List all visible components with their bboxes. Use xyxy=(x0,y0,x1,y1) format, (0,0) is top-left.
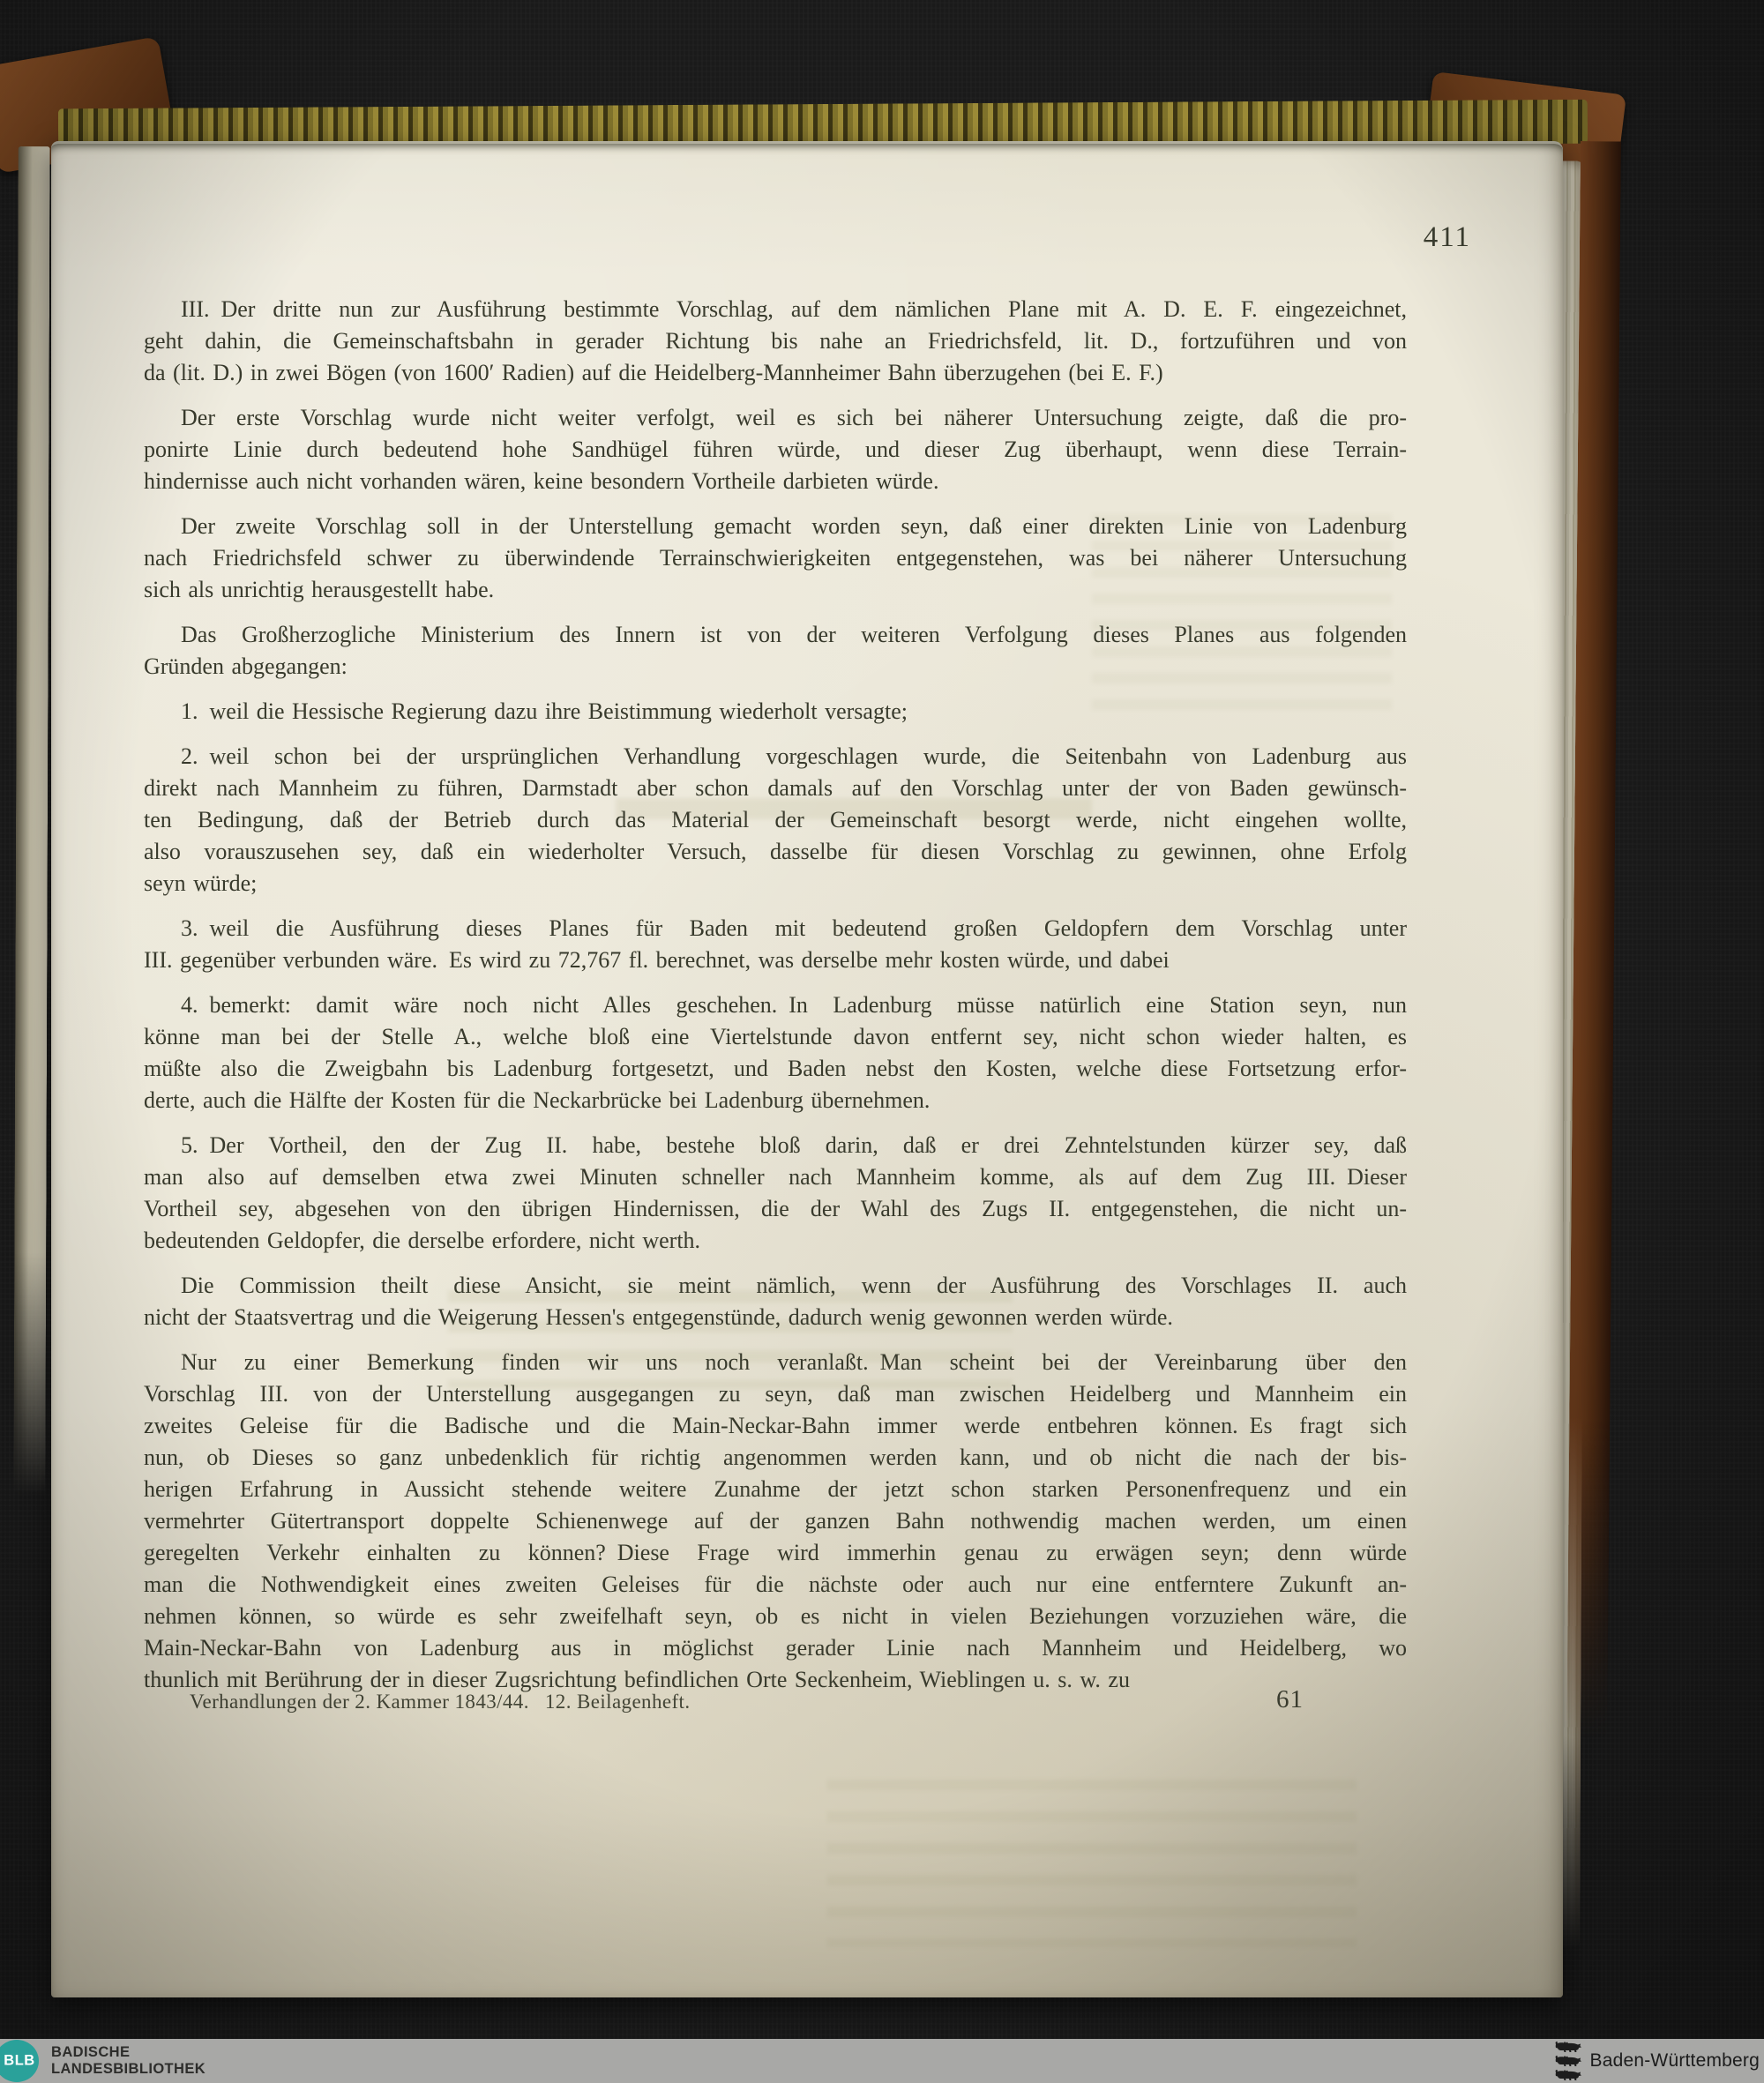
library-name-line1: BADISCHE xyxy=(51,2044,206,2061)
page-number: 411 xyxy=(1330,221,1471,254)
text-line: direkt nach Mannheim zu führen, Darmstad… xyxy=(144,773,1407,804)
paragraph: Die Commission theilt diese Ansicht, sie… xyxy=(144,1270,1407,1333)
volume-footer-line: Verhandlungen der 2. Kammer 1843/44. 12.… xyxy=(190,1691,690,1713)
library-name-line2: LANDESBIBLIOTHEK xyxy=(51,2061,206,2078)
text-line: 1. weil die Hessische Regierung dazu ihr… xyxy=(144,696,1407,728)
paragraph: III. Der dritte nun zur Ausführung besti… xyxy=(144,294,1407,389)
text-line: hindernisse auch nicht vorhanden wären, … xyxy=(144,466,1407,497)
text-line: geht dahin, die Gemeinschaftsbahn in ger… xyxy=(144,325,1407,357)
text-line: III. gegenüber verbunden wäre. Es wird z… xyxy=(144,944,1407,976)
paragraph: 5. Der Vortheil, den der Zug II. habe, b… xyxy=(144,1130,1407,1257)
text-line: geregelten Verkehr einhalten zu können? … xyxy=(144,1537,1407,1569)
text-line: Gründen abgegangen: xyxy=(144,651,1407,683)
paragraph: Nur zu einer Bemerkung finden wir uns no… xyxy=(144,1347,1407,1696)
paragraph: 2. weil schon bei der ursprünglichen Ver… xyxy=(144,741,1407,900)
text-line: müßte also die Zweigbahn bis Ladenburg f… xyxy=(144,1053,1407,1085)
text-line: herigen Erfahrung in Aussicht stehende w… xyxy=(144,1474,1407,1505)
state-branding: Baden-Württemberg xyxy=(1554,2039,1760,2083)
text-line: könne man bei der Stelle A., welche bloß… xyxy=(144,1021,1407,1053)
text-line: Vortheil sey, abgesehen von den übrigen … xyxy=(144,1193,1407,1225)
text-line: 5. Der Vortheil, den der Zug II. habe, b… xyxy=(144,1130,1407,1161)
paragraph: 3. weil die Ausführung dieses Planes für… xyxy=(144,913,1407,976)
paragraph: 4. bemerkt: damit wäre noch nicht Alles … xyxy=(144,989,1407,1116)
blb-logo-acronym: BLB xyxy=(0,2053,39,2070)
text-line: Die Commission theilt diese Ansicht, sie… xyxy=(144,1270,1407,1302)
paragraph: Der zweite Vorschlag soll in der Unterst… xyxy=(144,511,1407,606)
text-line: ponirte Linie durch bedeutend hohe Sandh… xyxy=(144,434,1407,466)
text-line: 3. weil die Ausführung dieses Planes für… xyxy=(144,913,1407,944)
text-line: ten Bedingung, daß der Betrieb durch das… xyxy=(144,804,1407,836)
text-line: sich als unrichtig herausgestellt habe. xyxy=(144,574,1407,606)
text-line: Nur zu einer Bemerkung finden wir uns no… xyxy=(144,1347,1407,1378)
blb-roundel-icon: BLB xyxy=(0,2040,39,2082)
book-scan-viewer: 411 III. Der dritte nun zur Ausführung b… xyxy=(0,0,1764,2083)
text-line: man also auf demselben etwa zwei Minuten… xyxy=(144,1161,1407,1193)
text-line: bedeutenden Geldopfer, die derselbe erfo… xyxy=(144,1225,1407,1257)
text-line: also vorauszusehen sey, daß ein wiederho… xyxy=(144,836,1407,868)
text-line: nun, ob Dieses so ganz unbedenklich für … xyxy=(144,1442,1407,1474)
paragraph: Das Großherzogliche Ministerium des Inne… xyxy=(144,619,1407,683)
text-line: nach Friedrichsfeld schwer zu überwinden… xyxy=(144,542,1407,574)
text-line: Der erste Vorschlag wurde nicht weiter v… xyxy=(144,402,1407,434)
text-line: seyn würde; xyxy=(144,868,1407,900)
baden-wuerttemberg-three-lions-icon xyxy=(1554,2041,1582,2081)
footer-row: Verhandlungen der 2. Kammer 1843/44. 12.… xyxy=(144,1685,1407,1721)
library-branding-bar: BLB BADISCHE LANDESBIBLIOTHEK Baden-Würt… xyxy=(0,2039,1764,2083)
text-line: derte, auch die Hälfte der Kosten für di… xyxy=(144,1085,1407,1116)
text-line: man die Nothwendigkeit eines zweiten Gel… xyxy=(144,1569,1407,1601)
text-line: 2. weil schon bei der ursprünglichen Ver… xyxy=(144,741,1407,773)
paragraph: Der erste Vorschlag wurde nicht weiter v… xyxy=(144,402,1407,497)
text-line: 4. bemerkt: damit wäre noch nicht Alles … xyxy=(144,989,1407,1021)
paragraph: 1. weil die Hessische Regierung dazu ihr… xyxy=(144,696,1407,728)
library-name: BADISCHE LANDESBIBLIOTHEK xyxy=(51,2044,206,2078)
text-line: Das Großherzogliche Ministerium des Inne… xyxy=(144,619,1407,651)
text-line: zweites Geleise für die Badische und die… xyxy=(144,1410,1407,1442)
text-line: Main-Neckar-Bahn von Ladenburg aus in mö… xyxy=(144,1632,1407,1664)
text-line: nehmen können, so würde es sehr zweifelh… xyxy=(144,1601,1407,1632)
state-name-label: Baden-Württemberg xyxy=(1590,2050,1760,2072)
text-line: Vorschlag III. von der Unterstellung aus… xyxy=(144,1378,1407,1410)
sheet-signature-number: 61 xyxy=(1276,1685,1304,1714)
bleed-through-ghost xyxy=(827,1780,1357,1947)
text-line: da (lit. D.) in zwei Bögen (von 1600′ Ra… xyxy=(144,357,1407,389)
scanned-page: 411 III. Der dritte nun zur Ausführung b… xyxy=(51,141,1563,1997)
text-block: III. Der dritte nun zur Ausführung besti… xyxy=(144,294,1407,1696)
gutter-page-sliver xyxy=(13,146,49,1496)
text-line: nicht der Staatsvertrag und die Weigerun… xyxy=(144,1302,1407,1333)
text-line: III. Der dritte nun zur Ausführung besti… xyxy=(144,294,1407,325)
text-line: Der zweite Vorschlag soll in der Unterst… xyxy=(144,511,1407,542)
text-line: vermehrter Gütertransport doppelte Schie… xyxy=(144,1505,1407,1537)
